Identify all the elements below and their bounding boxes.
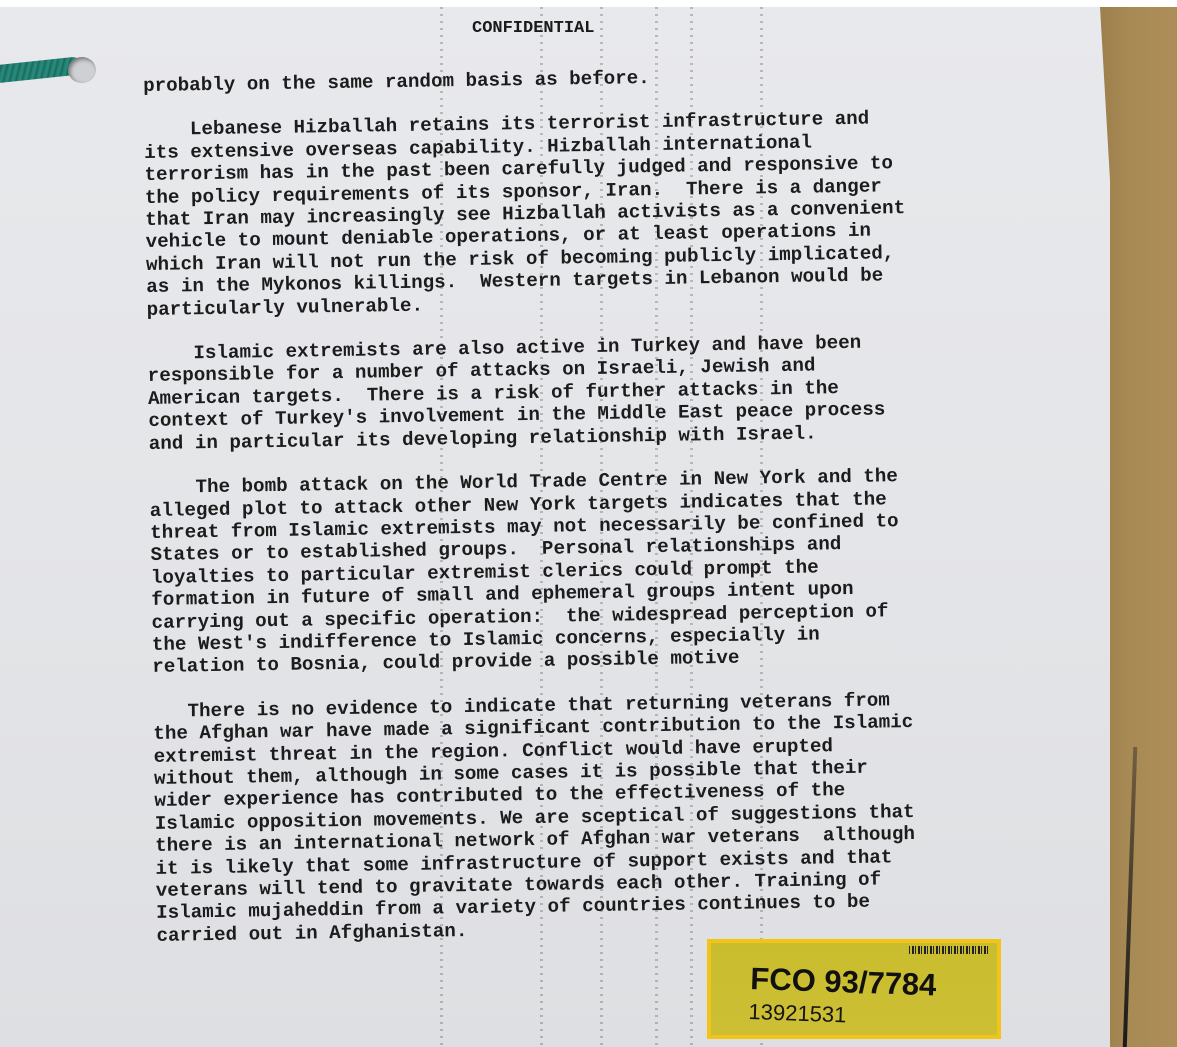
archive-label: FCO 93/7784 13921531 bbox=[707, 939, 1001, 1039]
document-page: CONFIDENTIAL probably on the same random… bbox=[0, 7, 1110, 1047]
barcode-icon bbox=[909, 946, 989, 954]
text-line: probably on the same random basis as bef… bbox=[143, 61, 1063, 98]
punch-hole bbox=[68, 57, 96, 83]
paragraph: Islamic extremists are also active in Tu… bbox=[147, 329, 1069, 455]
archive-number: 13921531 bbox=[748, 999, 847, 1028]
paragraph: The bomb attack on the World Trade Centr… bbox=[149, 463, 1072, 679]
document-photo: CONFIDENTIAL probably on the same random… bbox=[0, 7, 1177, 1047]
paragraph: probably on the same random basis as bef… bbox=[143, 61, 1063, 98]
classification-heading: CONFIDENTIAL bbox=[472, 19, 594, 38]
document-body: probably on the same random basis as bef… bbox=[143, 61, 1077, 970]
archive-reference: FCO 93/7784 bbox=[750, 961, 937, 1003]
folder-background bbox=[1100, 7, 1177, 1047]
paragraph: Lebanese Hizballah retains its terrorist… bbox=[144, 105, 1067, 321]
paragraph: There is no evidence to indicate that re… bbox=[153, 686, 1077, 947]
